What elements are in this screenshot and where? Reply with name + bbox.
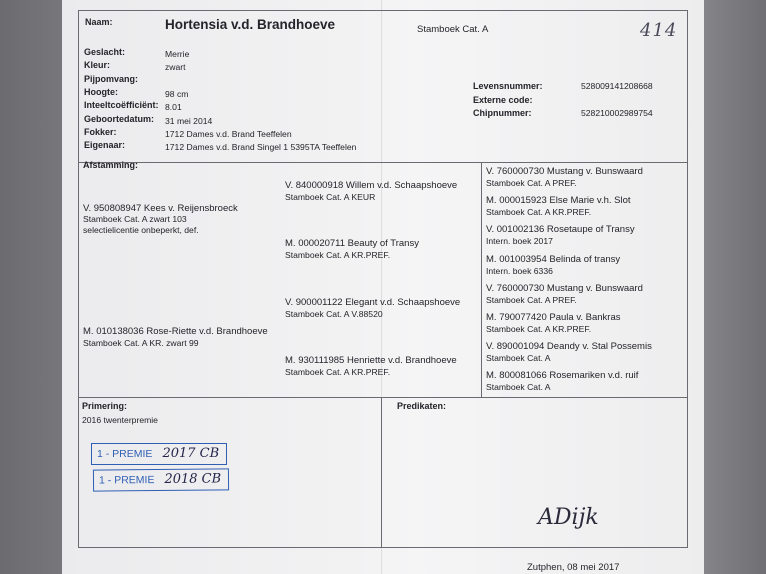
field-value: Merrie bbox=[165, 49, 189, 60]
bottom-column-divider bbox=[381, 397, 382, 548]
premium-stamp-1: 1 - PREMIE2017 CB bbox=[91, 443, 227, 465]
field-label: Eigenaar: bbox=[84, 140, 125, 151]
pedigree-border-left bbox=[78, 162, 79, 397]
sire-license: selectielicentie onbeperkt, def. bbox=[83, 225, 199, 236]
great-grandparent-name: V. 001002136 Rosetaupe of Transy bbox=[486, 224, 635, 235]
field-value: 8.01 bbox=[165, 102, 182, 113]
great-grandparent-name: V. 760000730 Mustang v. Bunswaard bbox=[486, 283, 643, 294]
great-grandparent-studbook: Stamboek Cat. A KR.PREF. bbox=[486, 324, 591, 335]
great-grandparent-studbook: Intern. boek 6336 bbox=[486, 266, 553, 277]
premiering-label: Primering: bbox=[82, 401, 127, 412]
great-grandparent-studbook: Stamboek Cat. A bbox=[486, 382, 551, 393]
pedigree-label: Afstamming: bbox=[83, 160, 138, 171]
great-grandparent-name: M. 790077420 Paula v. Bankras bbox=[486, 312, 621, 323]
field-label: Pijpomvang: bbox=[84, 74, 138, 85]
stamp-label: 1 - PREMIE bbox=[97, 448, 152, 460]
great-grandparent-name: V. 890001094 Deandy v. Stal Possemis bbox=[486, 341, 652, 352]
great-grandparent-studbook: Stamboek Cat. A KR.PREF. bbox=[486, 207, 591, 218]
grandparent-name: V. 900001122 Elegant v.d. Schaapshoeve bbox=[285, 297, 460, 308]
sire-name: V. 950808947 Kees v. Reijensbroeck bbox=[83, 203, 238, 214]
stamp-handwriting: 2017 CB bbox=[162, 446, 219, 461]
studbook-category: Stamboek Cat. A bbox=[417, 24, 488, 35]
name-label: Naam: bbox=[85, 17, 113, 28]
grandparent-name: V. 840000918 Willem v.d. Schaapshoeve bbox=[285, 180, 457, 191]
grandparent-studbook: Stamboek Cat. A KR.PREF. bbox=[285, 250, 390, 261]
grandparent-name: M. 930111985 Henriette v.d. Brandhoeve bbox=[285, 355, 457, 366]
field-label: Hoogte: bbox=[84, 87, 118, 98]
field-label: Chipnummer: bbox=[473, 108, 532, 119]
horse-name: Hortensia v.d. Brandhoeve bbox=[165, 19, 335, 30]
pedigree-column-divider bbox=[481, 162, 482, 397]
signature: ADijk bbox=[538, 505, 599, 530]
great-grandparent-studbook: Stamboek Cat. A PREF. bbox=[486, 178, 577, 189]
premium-stamp-2: 1 - PREMIE2018 CB bbox=[93, 468, 229, 491]
divider-header bbox=[78, 162, 688, 163]
field-value: 528009141208668 bbox=[581, 81, 653, 92]
great-grandparent-studbook: Intern. boek 2017 bbox=[486, 236, 553, 247]
field-label: Fokker: bbox=[84, 127, 117, 138]
field-label: Kleur: bbox=[84, 60, 110, 71]
grandparent-name: M. 000020711 Beauty of Transy bbox=[285, 238, 419, 249]
background-right bbox=[704, 0, 766, 574]
stamp-label: 1 - PREMIE bbox=[99, 474, 155, 486]
field-label: Geslacht: bbox=[84, 47, 125, 58]
field-label: Externe code: bbox=[473, 95, 533, 106]
field-value: 1712 Dames v.d. Brand Singel 1 5395TA Te… bbox=[165, 142, 356, 153]
grandparent-studbook: Stamboek Cat. A KEUR bbox=[285, 192, 375, 203]
sire-studbook: Stamboek Cat. A zwart 103 bbox=[83, 214, 187, 225]
predikaten-label: Predikaten: bbox=[397, 401, 446, 412]
field-value: 98 cm bbox=[165, 89, 188, 100]
background-left bbox=[0, 0, 62, 574]
place-and-date: Zutphen, 08 mei 2017 bbox=[527, 562, 619, 573]
great-grandparent-name: V. 760000730 Mustang v. Bunswaard bbox=[486, 166, 643, 177]
field-value: 528210002989754 bbox=[581, 108, 653, 119]
dam-name: M. 010138036 Rose-Riette v.d. Brandhoeve bbox=[83, 326, 268, 337]
field-value: 1712 Dames v.d. Brand Teeffelen bbox=[165, 129, 292, 140]
field-value: 31 mei 2014 bbox=[165, 116, 212, 127]
great-grandparent-name: M. 000015923 Else Marie v.h. Slot bbox=[486, 195, 631, 206]
great-grandparent-studbook: Stamboek Cat. A bbox=[486, 353, 551, 364]
great-grandparent-studbook: Stamboek Cat. A PREF. bbox=[486, 295, 577, 306]
grandparent-studbook: Stamboek Cat. A V.88520 bbox=[285, 309, 383, 320]
great-grandparent-name: M. 800081066 Rosemariken v.d. ruif bbox=[486, 370, 638, 381]
handwritten-number: 414 bbox=[640, 20, 677, 41]
field-label: Inteeltcoëfficiënt: bbox=[84, 100, 159, 111]
dam-studbook: Stamboek Cat. A KR. zwart 99 bbox=[83, 338, 199, 349]
field-label: Geboortedatum: bbox=[84, 114, 154, 125]
field-label: Levensnummer: bbox=[473, 81, 543, 92]
great-grandparent-name: M. 001003954 Belinda of transy bbox=[486, 254, 620, 265]
divider-pedigree bbox=[78, 397, 688, 398]
premiering-value: 2016 twenterpremie bbox=[82, 415, 158, 426]
field-value: zwart bbox=[165, 62, 186, 73]
stamp-handwriting: 2018 CB bbox=[164, 471, 221, 486]
grandparent-studbook: Stamboek Cat. A KR.PREF. bbox=[285, 367, 390, 378]
